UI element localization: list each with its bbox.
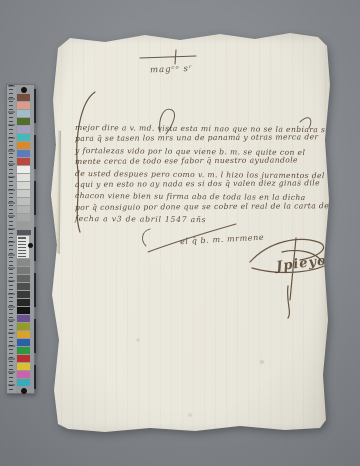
color-patch — [17, 150, 30, 157]
gray-step — [17, 283, 30, 290]
gray-step — [17, 198, 30, 205]
gray-step — [17, 174, 30, 181]
manuscript-line: aqui y en esto no ay nada es si dos q̄ v… — [75, 177, 319, 190]
photo-stage: magᶜᵒ sʳ mejor dire a v. md. vista esta … — [0, 0, 360, 466]
color-patch — [17, 315, 30, 322]
gray-step — [17, 275, 30, 282]
closing-formula: el q̄ b. m. mrmene — [180, 231, 300, 246]
color-patch — [17, 355, 30, 362]
color-patch — [17, 363, 30, 370]
label-block — [17, 236, 29, 258]
signature: Jpieyo — [275, 249, 360, 275]
color-patch — [17, 158, 30, 165]
label-side-dot — [28, 243, 33, 248]
torn-edge-flap — [46, 126, 61, 254]
cross-mark — [140, 50, 196, 64]
color-patch — [17, 331, 30, 338]
manuscript-page: magᶜᵒ sʳ mejor dire a v. md. vista esta … — [50, 30, 330, 433]
color-patch — [17, 134, 30, 141]
divider-bar — [17, 230, 31, 235]
gray-step — [17, 291, 30, 298]
salutation-abbreviation: magᶜᵒ sʳ — [150, 63, 230, 76]
color-patch — [17, 142, 30, 149]
strip-edge-line — [34, 89, 36, 389]
manuscript-line: mente cerca de todo ese fabor q̄ nuestro… — [75, 155, 319, 168]
color-patch — [17, 347, 30, 354]
gray-step — [17, 259, 30, 266]
gray-step — [17, 299, 30, 306]
color-patch — [17, 339, 30, 346]
date-paraph — [143, 229, 150, 246]
gray-step — [17, 166, 30, 173]
dot-mark — [21, 388, 27, 394]
ruler-ticks — [7, 85, 16, 393]
color-patch — [17, 323, 30, 330]
gray-step — [17, 222, 30, 229]
dot-mark — [21, 87, 27, 93]
paper-sheet: magᶜᵒ sʳ mejor dire a v. md. vista esta … — [50, 30, 330, 433]
gray-step — [17, 206, 30, 213]
manuscript-line: por q̄ consiguio por done que se cobre e… — [75, 200, 319, 213]
gray-step — [17, 182, 30, 189]
color-patch — [17, 126, 30, 133]
registration-dot — [17, 387, 30, 395]
gray-step — [17, 214, 30, 221]
color-patch — [17, 371, 30, 378]
registration-dot — [17, 86, 30, 94]
manuscript-line: para q̄ se tasen los mrs una de panamá y… — [75, 132, 319, 145]
calibration-cells — [17, 86, 32, 395]
signature-rubric — [250, 238, 324, 318]
gray-step — [17, 307, 30, 314]
color-patch — [17, 94, 30, 101]
gray-step — [17, 267, 30, 274]
gray-step — [17, 190, 30, 197]
color-calibration-strip — [6, 84, 35, 394]
manuscript-line: fecha a v3 de abril 1547 añs — [75, 213, 319, 227]
color-patch — [17, 118, 30, 125]
color-patch — [17, 379, 30, 386]
color-patch — [17, 110, 30, 117]
manuscript-text-block: mejor dire a v. md. vista esta mi nao qu… — [75, 122, 319, 225]
color-patch — [17, 102, 30, 109]
